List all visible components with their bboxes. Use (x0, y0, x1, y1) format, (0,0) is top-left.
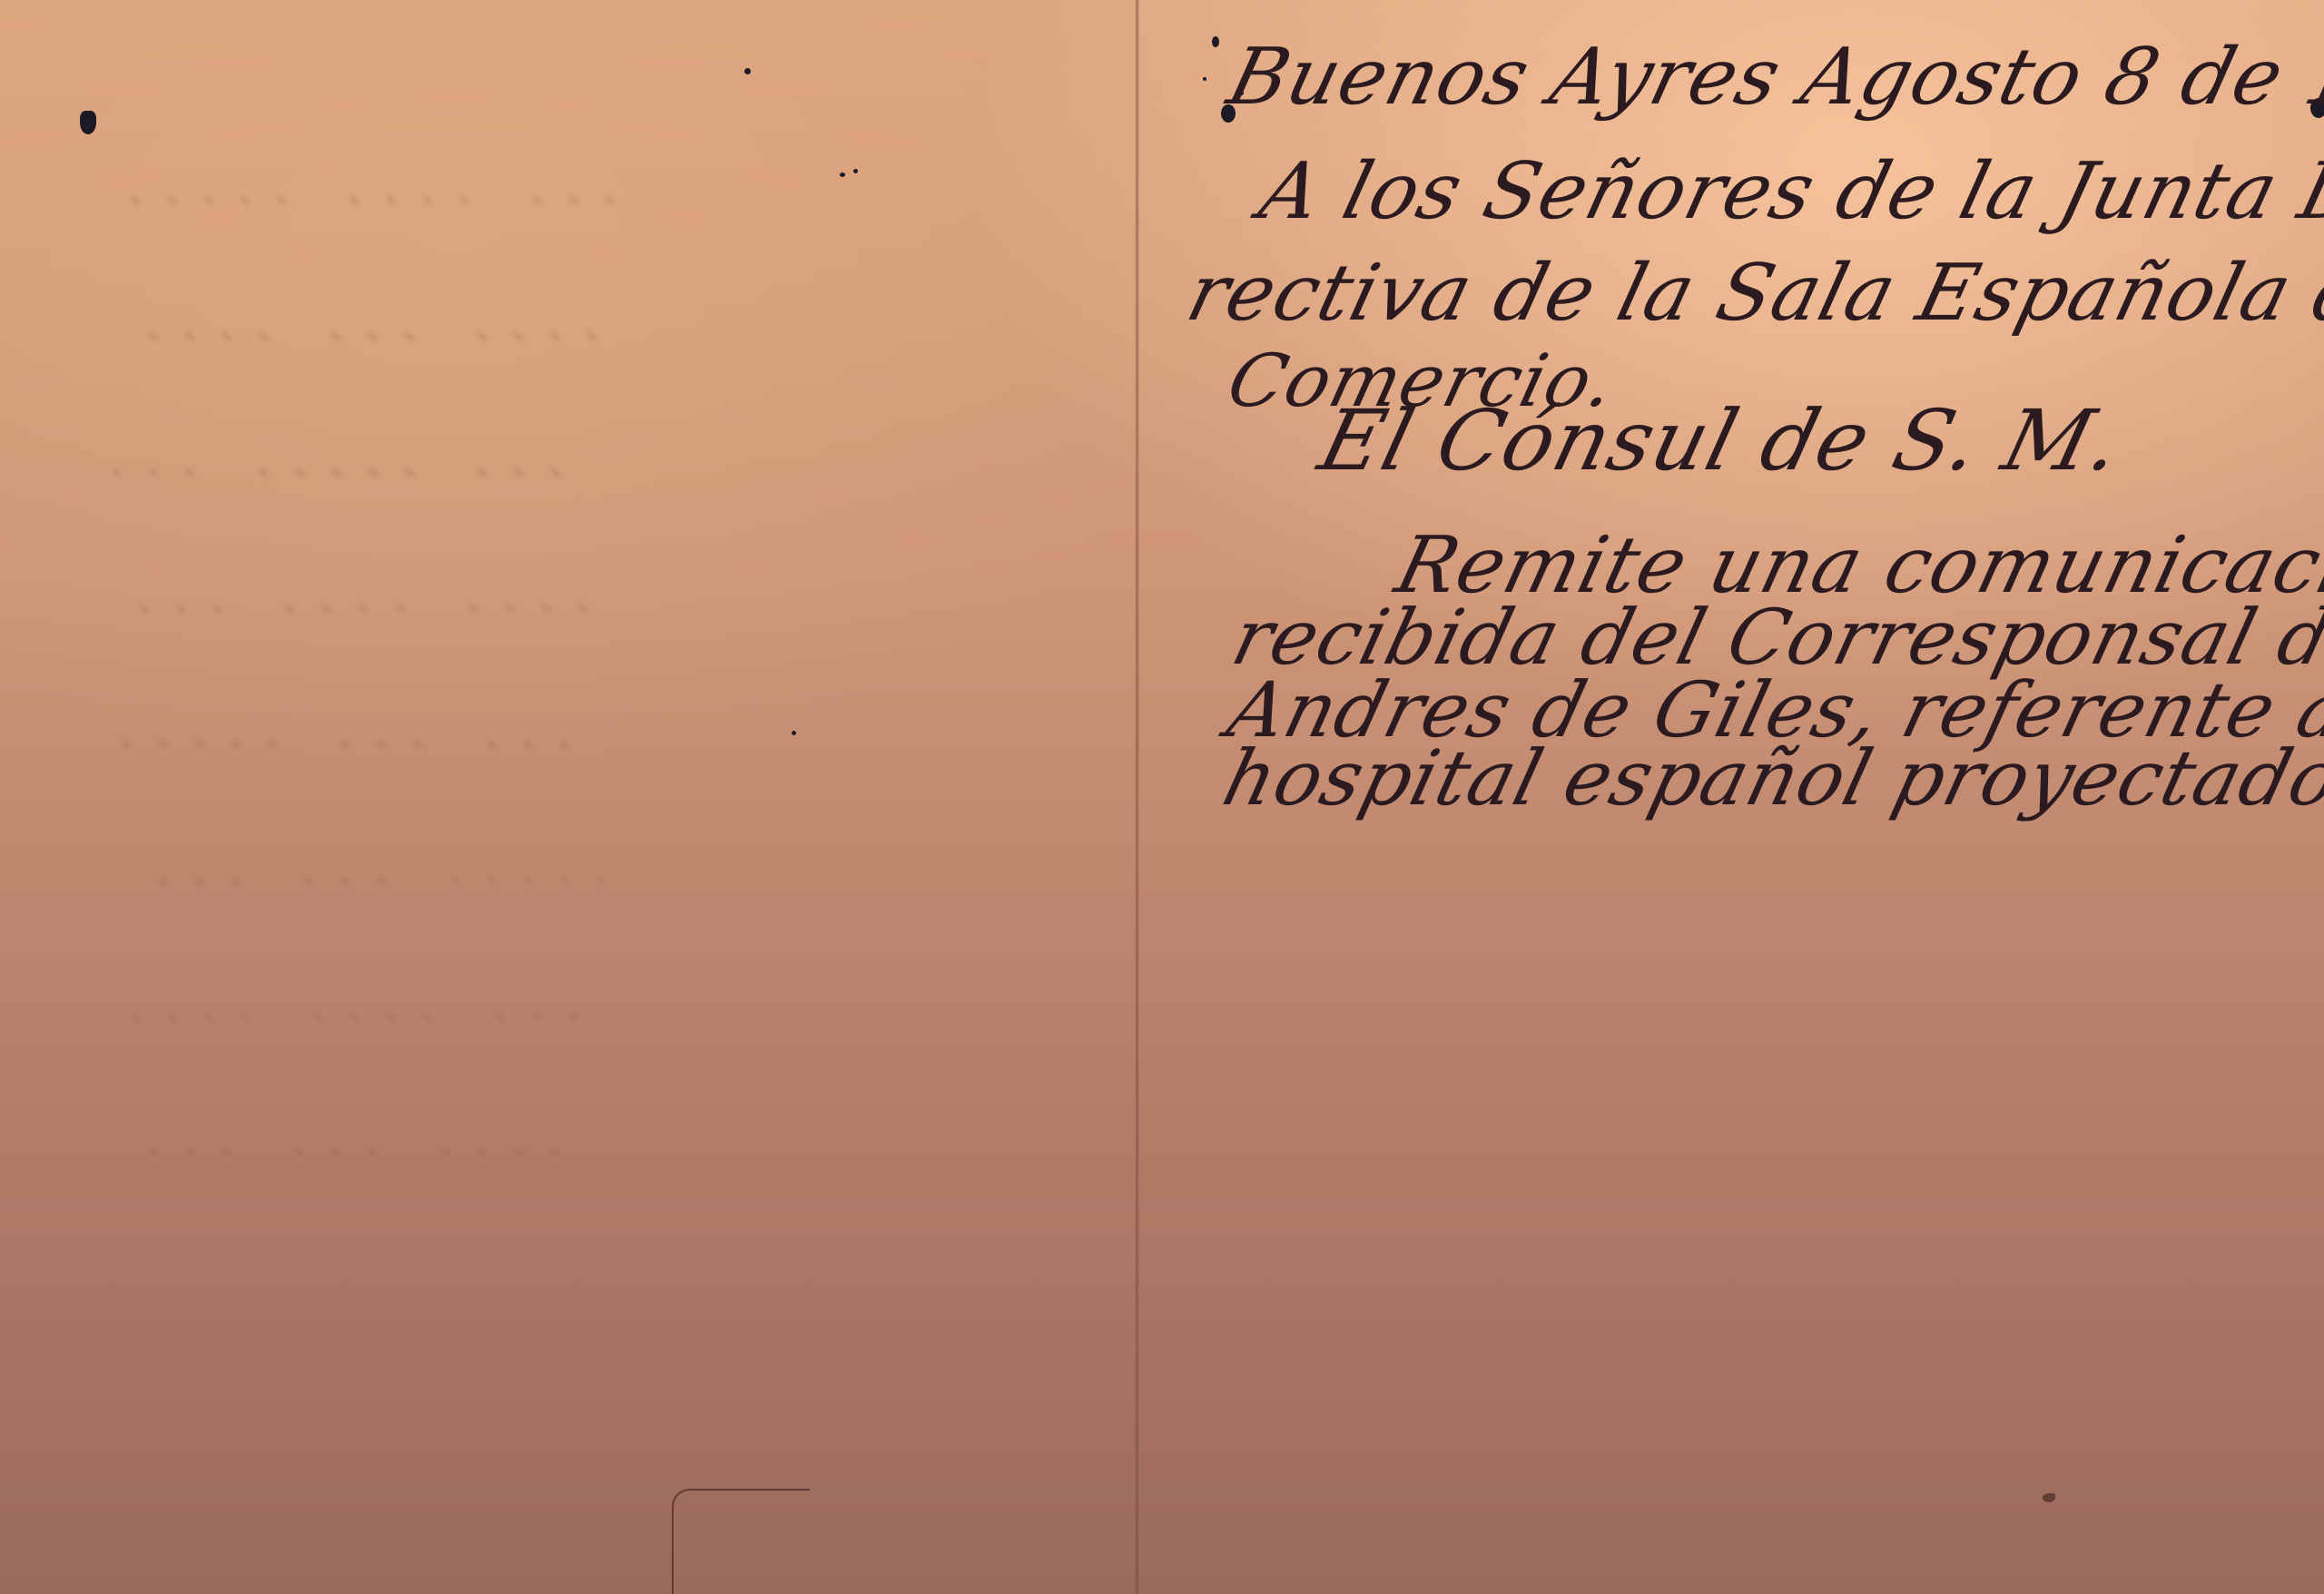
paper-tear (672, 1489, 810, 1594)
ink-blot (80, 111, 96, 134)
bleed-through-line: ··· ····· ··· (79, 436, 578, 510)
body-line: hospital español proyectado. — (1216, 740, 2324, 816)
date-line: Buenos Ayres Agosto 8 de 1.854. (1221, 38, 2324, 116)
bleed-through-line: ···· ··· ···· (115, 300, 615, 374)
addressee-line: rectiva de la Sala Española de (1180, 254, 2324, 332)
sender-line: El Cónsul de S. M. (1312, 399, 2130, 483)
addressee-line: A los Señores de la Junta Di- (1253, 153, 2324, 231)
bleed-through-line: ····· ··· ··· (124, 844, 624, 919)
ink-spot (840, 172, 845, 177)
left-page: ··· ···· ····· ···· ··· ···· ··· ····· ·… (0, 0, 1135, 1594)
ink-spot (853, 169, 858, 173)
ink-spot (792, 731, 796, 735)
ink-spot (744, 68, 751, 74)
ink-splatter (1203, 77, 1206, 81)
bleed-through-line: ··· ···· ····· (97, 163, 633, 238)
bleed-through-line: ··· ··· ····· (88, 708, 587, 782)
document-sheet: ··· ···· ····· ···· ··· ···· ··· ····· ·… (0, 0, 2324, 1594)
bleed-through-line: ··· ···· ···· (97, 980, 596, 1055)
body-line: recibida del Corresponsal de S.n (1226, 599, 2324, 675)
paper-stain (2043, 1493, 2055, 1502)
ink-splatter (1212, 36, 1219, 47)
bleed-through-line: ···· ···· ··· (106, 572, 606, 646)
bleed-through-line: ···· ··· ··· (115, 1117, 578, 1191)
